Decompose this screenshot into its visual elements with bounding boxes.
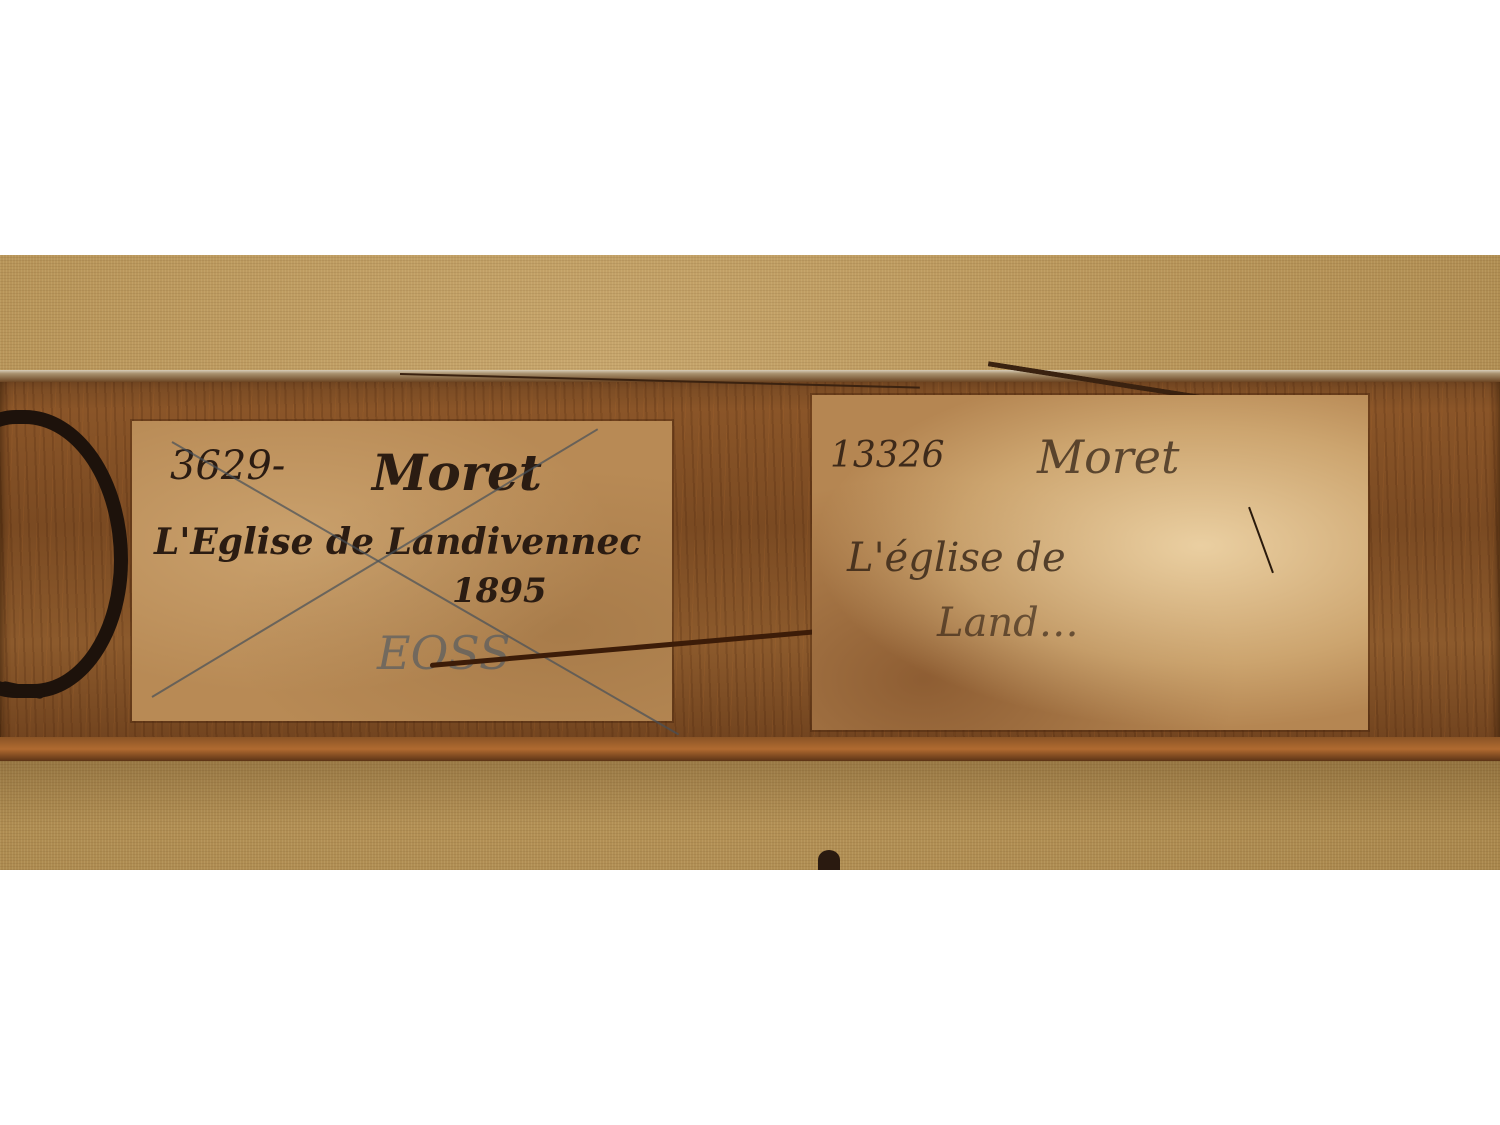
label-artist: Moret (1037, 430, 1180, 484)
stretcher-bar-bottom-edge (0, 737, 1500, 761)
label-title: L'église de (847, 535, 1066, 581)
label-title-continued: Land… (937, 600, 1079, 646)
label-year: 1895 (452, 571, 547, 611)
stretcher-bar-top-edge (0, 370, 1500, 382)
inventory-label-right: 13326 Moret L'église de Land… (812, 395, 1368, 730)
canvas-shading (0, 760, 1500, 870)
label-pencil-note: EOSS (377, 626, 511, 680)
painting-reverse-photo: 3629- Moret L'Eglise de Landivennec 1895… (0, 255, 1500, 870)
label-artist: Moret (372, 443, 542, 502)
inventory-label-left: 3629- Moret L'Eglise de Landivennec 1895… (132, 421, 672, 721)
pen-tick-mark (1248, 507, 1274, 573)
label-number: 13326 (830, 435, 945, 476)
label-title: L'Eglise de Landivennec (154, 521, 641, 563)
tack-head (818, 850, 840, 870)
